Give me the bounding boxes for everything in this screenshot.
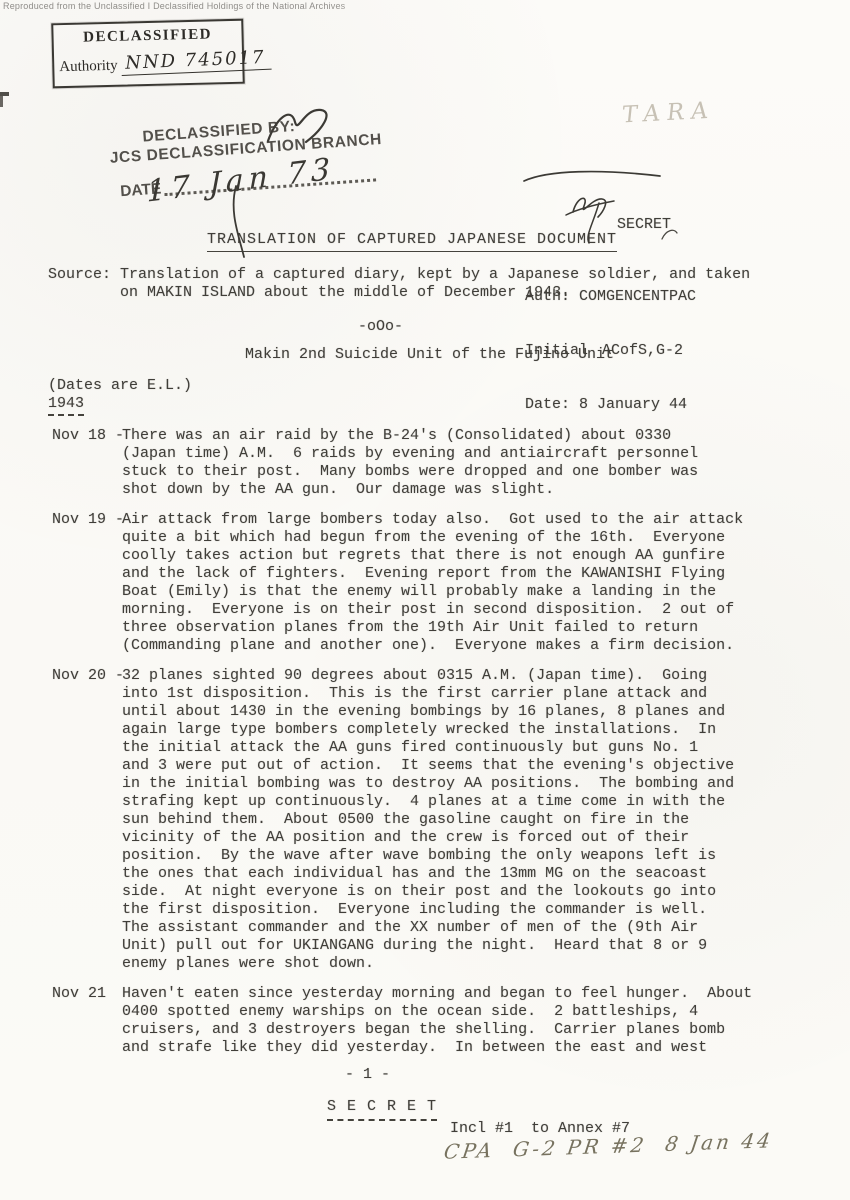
entry-date: Nov 20 -: [52, 667, 122, 973]
diary-entry: Nov 21 Haven't eaten since yesterday mor…: [52, 985, 792, 1057]
year-heading: 1943: [48, 395, 84, 416]
entry-date: Nov 18 -: [52, 427, 122, 499]
declassified-authority-stamp: DECLASSIFIED Authority NND 745017: [51, 19, 245, 89]
authority-row: Authority NND 745017: [59, 49, 243, 76]
entry-date: Nov 19 -: [52, 511, 122, 655]
entry-text: There was an air raid by the B-24's (Con…: [122, 427, 792, 499]
reproduction-note: Reproduced from the Unclassified I Decla…: [3, 1, 623, 11]
scanned-document-page: Reproduced from the Unclassified I Decla…: [0, 0, 850, 1200]
diary-entry: Nov 19 - Air attack from large bombers t…: [52, 511, 792, 655]
pencil-annotation: TARA: [621, 97, 716, 128]
classification-block: SECRET Auth: COMGENCENTPAC Initial ACofS…: [525, 162, 696, 450]
entry-text: Air attack from large bombers today also…: [122, 511, 792, 655]
authority-number-handwritten: NND 745017: [121, 47, 272, 76]
entry-text: Haven't eaten since yesterday morning an…: [122, 985, 792, 1057]
document-title: TRANSLATION OF CAPTURED JAPANESE DOCUMEN…: [207, 231, 617, 252]
entry-date: Nov 21: [52, 985, 122, 1057]
dates-note: (Dates are E.L.): [48, 377, 192, 395]
scan-artifact: [0, 96, 3, 107]
unit-subtitle: Makin 2nd Suicide Unit of the Fujino Uni…: [245, 346, 614, 364]
classification-date-line: Date: 8 January 44: [525, 396, 696, 414]
declassified-stamp-title: DECLASSIFIED: [53, 26, 241, 48]
secret-classification: SECRET: [617, 216, 671, 234]
diary-entry: Nov 20 - 32 planes sighted 90 degrees ab…: [52, 667, 792, 973]
diary-entries: Nov 18 - There was an air raid by the B-…: [52, 427, 792, 1069]
source-text: Translation of a captured diary, kept by…: [120, 266, 750, 302]
diary-entry: Nov 18 - There was an air raid by the B-…: [52, 427, 792, 499]
initial-officer: ACofS,G-2: [602, 342, 683, 360]
entry-text: 32 planes sighted 90 degrees about 0315 …: [122, 667, 792, 973]
source-label: Source:: [48, 266, 111, 284]
page-number: - 1 -: [345, 1066, 390, 1084]
secret-footer: S E C R E T: [327, 1098, 437, 1121]
authority-label: Authority: [59, 58, 118, 76]
section-separator: -oOo-: [358, 318, 403, 336]
